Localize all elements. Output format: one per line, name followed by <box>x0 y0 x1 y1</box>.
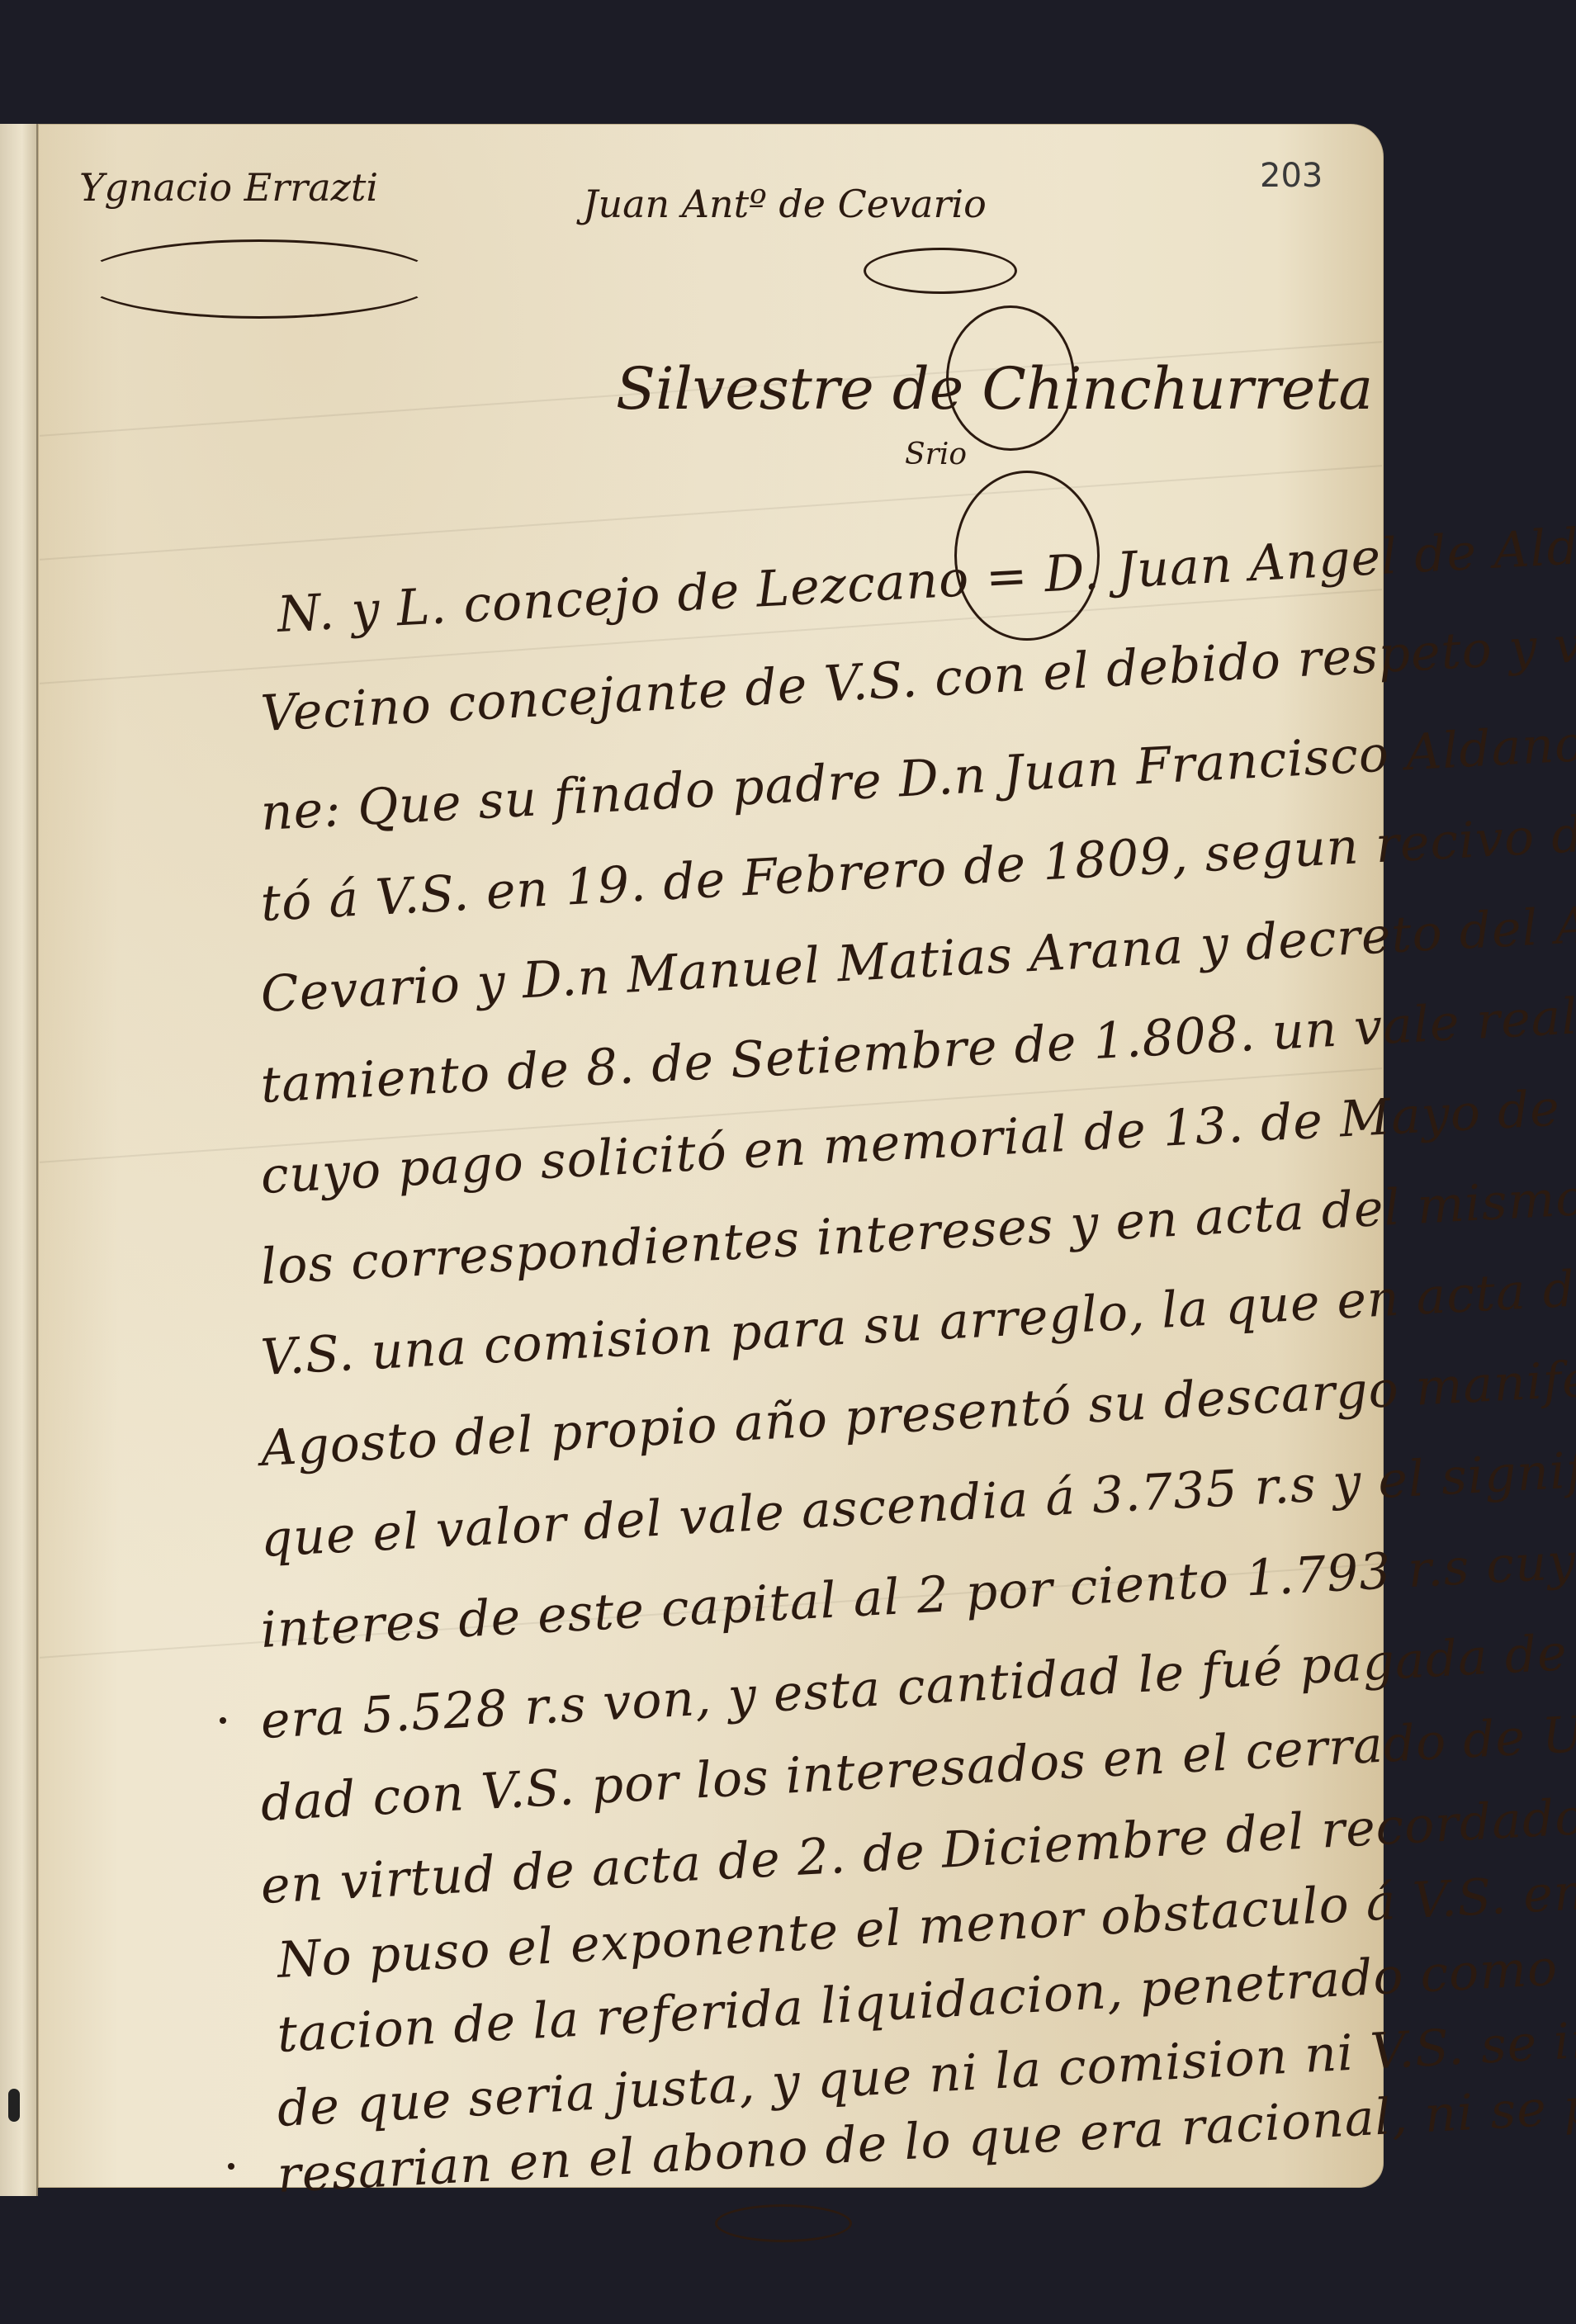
catchword-flourish <box>715 2204 852 2242</box>
manuscript-page: 203 Ygnacio Errazti Juan Antº de Cevario… <box>38 124 1384 2188</box>
folio-number: 203 <box>1260 157 1323 195</box>
margin-mark <box>220 1717 226 1724</box>
binding-hole <box>8 2089 20 2122</box>
header-signature-1: Ygnacio Errazti <box>79 165 378 210</box>
margin-mark <box>228 2163 234 2170</box>
signature-flourish <box>79 239 439 319</box>
facing-page-edge <box>0 124 38 2196</box>
signature-flourish <box>864 248 1017 294</box>
rubric-flourish <box>946 305 1075 451</box>
header-signature-2: Juan Antº de Cevario <box>583 182 987 226</box>
secretary-role: Srio <box>905 438 967 471</box>
